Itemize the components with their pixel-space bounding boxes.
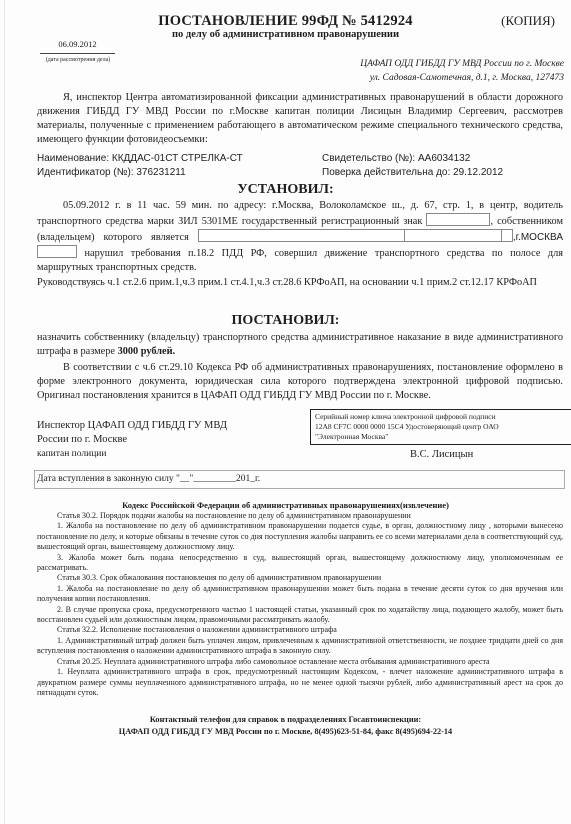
device-info-right: Свидетельство (№): АА6034132 Поверка дей… — [322, 152, 503, 180]
code-item: 1. Жалоба на постановление по делу об ад… — [37, 521, 563, 552]
inspector-line-3: капитан полиции — [37, 447, 227, 461]
org-name: ЦАФАП ОДД ГИБДД ГУ МВД России по г. Моск… — [360, 57, 564, 71]
code-item: Статья 30.2. Порядок подачи жалобы на по… — [37, 511, 563, 521]
review-date-caption: (дата рассмотрения дела) — [38, 57, 118, 63]
signature-box-line-1: Серийный номер ключа электронной цифрово… — [315, 412, 567, 422]
owner-redacted-3 — [502, 229, 513, 242]
established-text-4: нарушил требования п.18.2 ПДД РФ, соверш… — [37, 248, 563, 273]
device-valid-until: Поверка действительна до: 29.12.2012 — [322, 166, 503, 180]
resolved-text: назначить собственнику (владельцу) транс… — [37, 332, 563, 357]
contact-line-2: ЦАФАП ОДД ГИБДД ГУ МВД России по г. Моск… — [0, 726, 571, 738]
code-item: 1. Административный штраф должен быть уп… — [37, 636, 563, 657]
org-address: ул. Садовая-Самотечная, д.1, г. Москва, … — [360, 71, 564, 85]
fine-amount: 3000 рублей. — [118, 346, 176, 357]
established-paragraph: 05.09.2012 г. в 11 час. 59 мин. по адрес… — [37, 199, 563, 275]
inspector-line-1: Инспектор ЦАФАП ОДД ГИБДД ГУ МВД — [37, 419, 227, 433]
code-item: 1. Неуплата административного штрафа в с… — [37, 667, 563, 698]
resolved-heading: ПОСТАНОВИЛ: — [0, 313, 571, 329]
resolved-paragraph: назначить собственнику (владельцу) транс… — [37, 331, 563, 359]
effective-date-field: Дата вступления в законную силу "__"____… — [34, 470, 565, 489]
scan-edge — [4, 0, 5, 824]
intro-paragraph: Я, инспектор Центра автоматизированной ф… — [37, 91, 563, 147]
document-title: ПОСТАНОВЛЕНИЕ 99ФД № 5412924 — [0, 13, 571, 30]
issuing-organization: ЦАФАП ОДД ГИБДД ГУ МВД России по г. Моск… — [360, 57, 564, 85]
code-item: 1. Жалоба на постановление по делу об ад… — [37, 584, 563, 605]
signatory-name: В.С. Лисицын — [410, 449, 473, 460]
device-name: Наименование: ККДДАС-01СТ СТРЕЛКА-СТ — [37, 152, 243, 166]
contact-line-1: Контактный телефон для справок в подразд… — [0, 714, 571, 726]
contact-info: Контактный телефон для справок в подразд… — [0, 714, 571, 738]
code-item: Статья 32.2. Исполнение постановления о … — [37, 625, 563, 635]
guided-by-paragraph: Руководствуясь ч.1 ст.2.6 прим.1,ч.3 при… — [37, 276, 563, 290]
copy-mark: (КОПИЯ) — [501, 13, 555, 29]
owner-redacted-2 — [405, 229, 502, 242]
digital-signature-box: Серийный номер ключа электронной цифрово… — [310, 409, 571, 445]
signature-box-line-3: "Электронная Москва" — [315, 432, 567, 442]
owner-redacted-4 — [37, 245, 77, 258]
plate-redacted — [426, 213, 490, 226]
review-date: 06.09.2012 — [40, 39, 115, 49]
code-extract-heading: Кодекс Российской Федерации об администр… — [0, 500, 571, 510]
signature-box-line-2: 12A8 CF7C 0000 0000 15C4 Удостоверяющий … — [315, 422, 567, 432]
code-item: Статья 30.3. Срок обжалования постановле… — [37, 573, 563, 583]
electronic-note-paragraph: В соответствии с ч.6 ст.29.10 Кодекса РФ… — [37, 361, 563, 403]
owner-city: ,г.МОСКВА — [513, 232, 563, 243]
code-item: 2. В случае пропуска срока, предусмотрен… — [37, 605, 563, 626]
established-heading: УСТАНОВИЛ: — [0, 182, 571, 198]
code-extract: Статья 30.2. Порядок подачи жалобы на по… — [37, 511, 563, 698]
device-info-left: Наименование: ККДДАС-01СТ СТРЕЛКА-СТ Иде… — [37, 152, 243, 180]
code-item: 3. Жалоба может быть подана непосредстве… — [37, 553, 563, 574]
code-item: Статья 20.25. Неуплата административного… — [37, 657, 563, 667]
owner-redacted-1 — [198, 229, 405, 242]
review-date-underline — [40, 53, 115, 54]
inspector-title: Инспектор ЦАФАП ОДД ГИБДД ГУ МВД России … — [37, 419, 227, 461]
inspector-line-2: России по г. Москве — [37, 433, 227, 447]
device-certificate: Свидетельство (№): АА6034132 — [322, 152, 503, 166]
device-id: Идентификатор (№): 376231211 — [37, 166, 243, 180]
